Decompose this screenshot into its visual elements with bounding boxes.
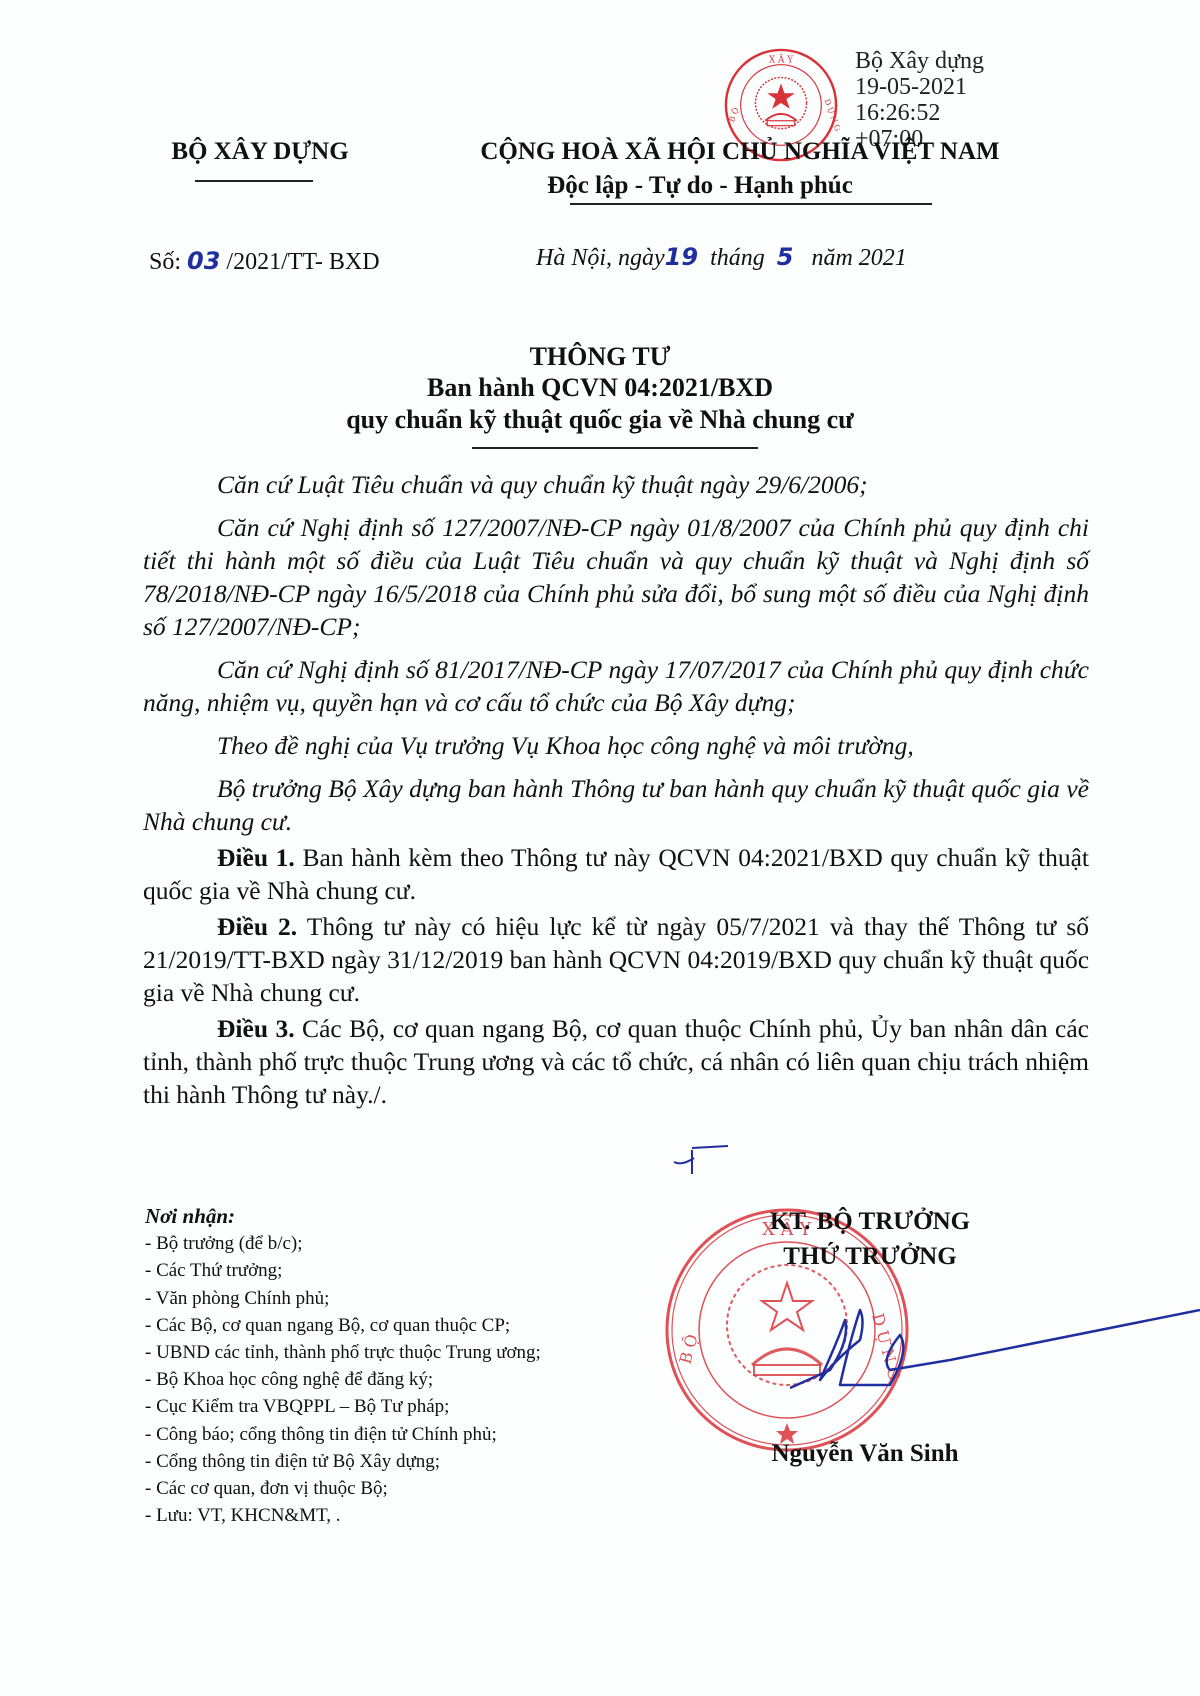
- recipient-item: - Văn phòng Chính phủ;: [145, 1285, 645, 1312]
- digital-signature-time: 16:26:52: [855, 100, 984, 126]
- number-prefix: Số:: [149, 249, 181, 275]
- motto-underline: [570, 203, 932, 205]
- article-label: Điều 2.: [217, 912, 297, 941]
- preamble-paragraph: Theo đề nghị của Vụ trưởng Vụ Khoa học c…: [143, 729, 1089, 762]
- article-2: Điều 2. Thông tư này có hiệu lực kể từ n…: [143, 910, 1089, 1009]
- day-handwritten: 19: [665, 243, 698, 271]
- document-type: THÔNG TƯ: [300, 342, 900, 372]
- recipients-list: Nơi nhận: - Bộ trưởng (để b/c); - Các Th…: [145, 1203, 645, 1529]
- recipient-item: - Cổng thông tin điện tử Bộ Xây dựng;: [145, 1448, 645, 1475]
- article-1: Điều 1. Ban hành kèm theo Thông tư này Q…: [143, 841, 1089, 907]
- title-underline: [472, 447, 758, 449]
- document-number: Số: 03 /2021/TT- BXD: [149, 247, 380, 276]
- svg-text:X Â Y: X Â Y: [769, 54, 793, 66]
- ministry-underline: [195, 180, 313, 182]
- handwritten-signature-icon: [790, 1300, 1200, 1400]
- document-subject-line1: Ban hành QCVN 04:2021/BXD: [300, 373, 900, 403]
- issue-date: Hà Nội, ngày19 tháng 5 năm 2021: [536, 243, 907, 272]
- national-title: CỘNG HOÀ XÃ HỘI CHỦ NGHĨA VIỆT NAM: [420, 138, 1060, 166]
- issuing-ministry: BỘ XÂY DỰNG: [120, 138, 400, 166]
- article-label: Điều 1.: [217, 843, 295, 872]
- document-body: Căn cứ Luật Tiêu chuẩn và quy chuẩn kỹ t…: [143, 468, 1089, 1121]
- article-3: Điều 3. Các Bộ, cơ quan ngang Bộ, cơ qua…: [143, 1012, 1089, 1111]
- recipient-item: - Bộ Khoa học công nghệ để đăng ký;: [145, 1366, 645, 1393]
- digital-signature-date: 19-05-2021: [855, 74, 984, 100]
- digital-signature-org: Bộ Xây dựng: [855, 48, 984, 74]
- recipient-item: - Bộ trưởng (để b/c);: [145, 1230, 645, 1257]
- signatory-name: Nguyễn Văn Sinh: [700, 1440, 1030, 1468]
- year-text: năm 2021: [811, 245, 906, 271]
- svg-text:B Ộ: B Ộ: [676, 1332, 702, 1366]
- recipient-item: - Cục Kiểm tra VBQPPL – Bộ Tư pháp;: [145, 1393, 645, 1420]
- recipients-title: Nơi nhận:: [145, 1203, 645, 1230]
- number-suffix: /2021/TT- BXD: [226, 249, 379, 275]
- national-motto: Độc lập - Tự do - Hạnh phúc: [470, 172, 930, 200]
- month-handwritten: 5: [777, 243, 794, 271]
- preamble-paragraph: Căn cứ Luật Tiêu chuẩn và quy chuẩn kỹ t…: [143, 468, 1089, 501]
- signatory-title: KT. BỘ TRƯỞNG: [700, 1208, 1040, 1236]
- recipient-item: - Công báo; cổng thông tin điện tử Chính…: [145, 1421, 645, 1448]
- digital-signature-stamp: Bộ Xây dựng 19-05-2021 16:26:52 +07:00: [855, 48, 984, 152]
- number-handwritten: 03: [187, 247, 220, 275]
- recipient-item: - Các Bộ, cơ quan ngang Bộ, cơ quan thuộ…: [145, 1312, 645, 1339]
- month-label: tháng: [710, 245, 765, 271]
- recipient-item: - Các cơ quan, đơn vị thuộc Bộ;: [145, 1475, 645, 1502]
- place-prefix: Hà Nội, ngày: [536, 245, 665, 271]
- preamble-paragraph: Căn cứ Nghị định số 127/2007/NĐ-CP ngày …: [143, 511, 1089, 643]
- article-label: Điều 3.: [217, 1014, 295, 1043]
- signatory-position: THỨ TRƯỞNG: [700, 1243, 1040, 1271]
- recipient-item: - Lưu: VT, KHCN&MT, .: [145, 1502, 645, 1529]
- handwritten-initial-icon: [670, 1140, 730, 1176]
- svg-text:B Ộ: B Ộ: [727, 106, 740, 123]
- preamble-paragraph: Bộ trưởng Bộ Xây dựng ban hành Thông tư …: [143, 772, 1089, 838]
- recipient-item: - UBND các tỉnh, thành phố trực thuộc Tr…: [145, 1339, 645, 1366]
- preamble-paragraph: Căn cứ Nghị định số 81/2017/NĐ-CP ngày 1…: [143, 653, 1089, 719]
- recipient-item: - Các Thứ trưởng;: [145, 1257, 645, 1284]
- document-subject-line2: quy chuẩn kỹ thuật quốc gia về Nhà chung…: [200, 405, 1000, 435]
